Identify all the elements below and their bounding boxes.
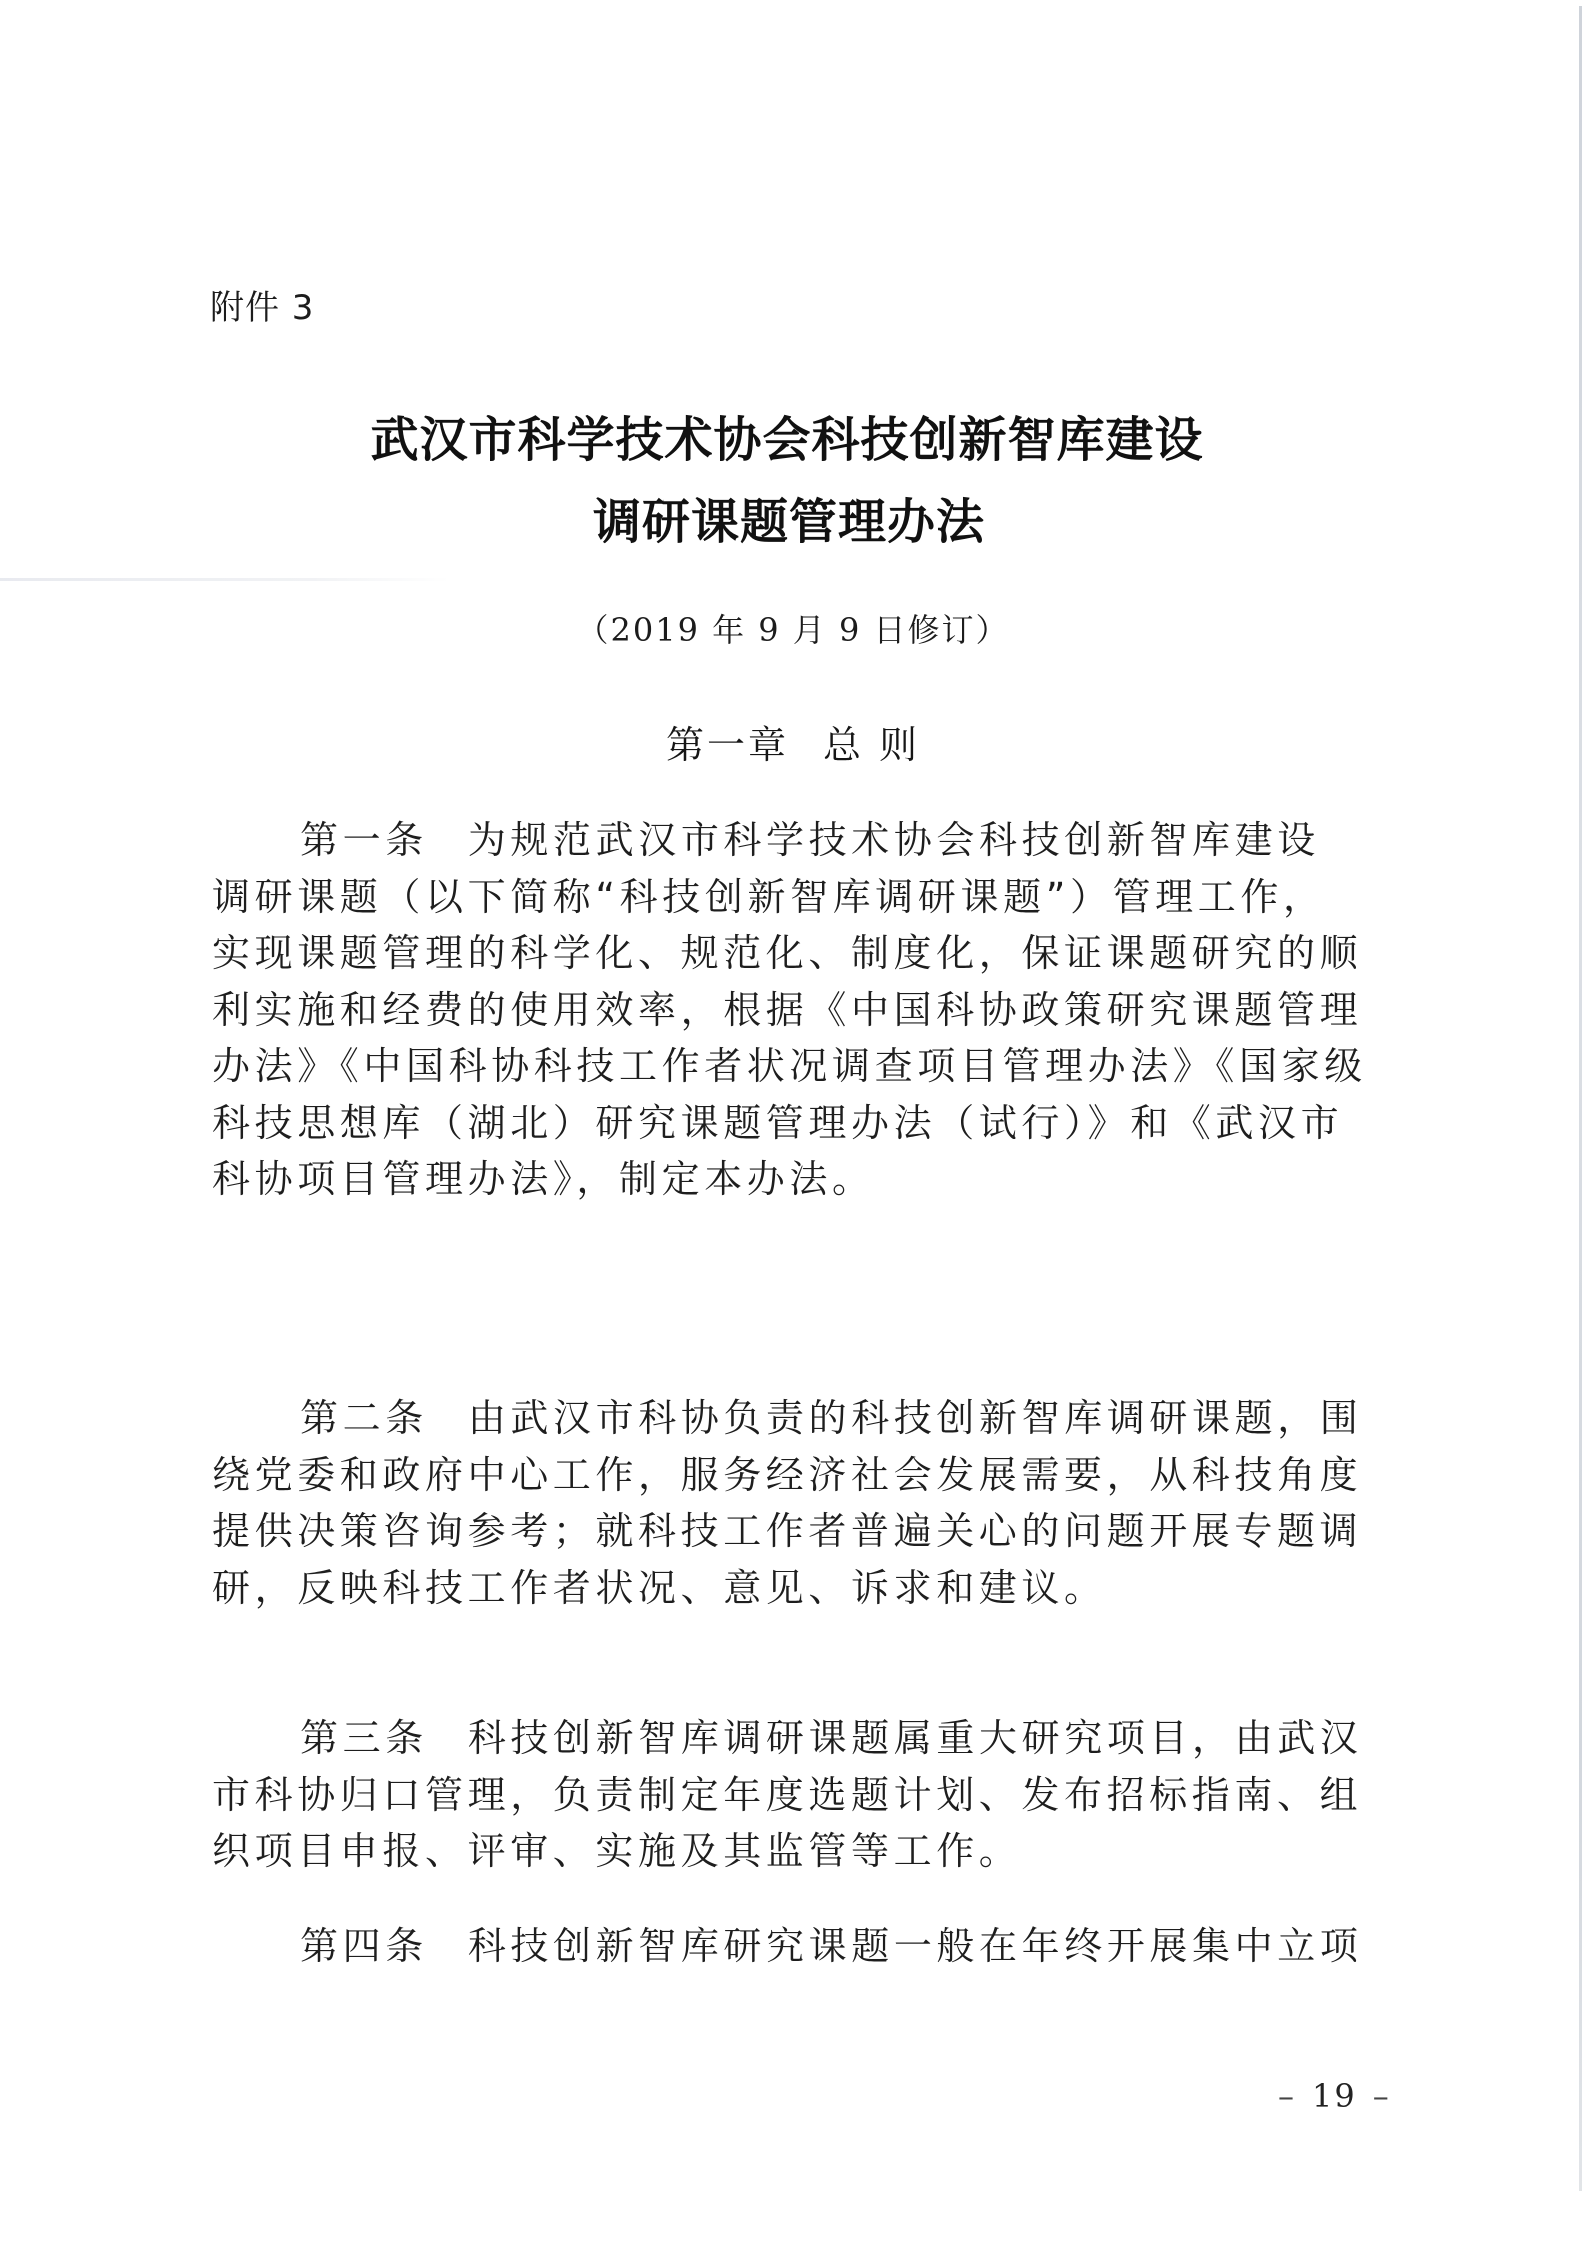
- article-line: 绕党委和政府中心工作，服务经济社会发展需要，从科技角度: [212, 1447, 1374, 1504]
- article-line: 实现课题管理的科学化、规范化、制度化，保证课题研究的顺: [212, 925, 1374, 982]
- article-2: 第二条由武汉市科协负责的科技创新智库调研课题，围 绕党委和政府中心工作，服务经济…: [212, 1390, 1374, 1616]
- article-line: 科协项目管理办法》，制定本办法。: [212, 1151, 1374, 1208]
- article-line: 第二条由武汉市科协负责的科技创新智库调研课题，围: [212, 1390, 1374, 1447]
- article-label: 第三条: [300, 1716, 428, 1760]
- chapter-number: 第一章: [666, 723, 789, 767]
- article-line: 办法》《中国科协科技工作者状况调查项目管理办法》《国家级: [212, 1038, 1374, 1095]
- article-1: 第一条为规范武汉市科学技术协会科技创新智库建设 调研课题（以下简称“科技创新智库…: [212, 812, 1374, 1208]
- revision-note: （2019 年 9 月 9 日修订）: [0, 608, 1586, 652]
- document-title-line-1: 武汉市科学技术协会科技创新智库建设: [0, 410, 1580, 470]
- page-number-dash-left: –: [1278, 2076, 1296, 2116]
- article-text: 由武汉市科协负责的科技创新智库调研课题，围: [468, 1396, 1363, 1440]
- article-3: 第三条科技创新智库调研课题属重大研究项目，由武汉 市科协归口管理，负责制定年度选…: [212, 1710, 1374, 1880]
- article-line: 第一条为规范武汉市科学技术协会科技创新智库建设: [212, 812, 1374, 869]
- article-label: 第四条: [300, 1924, 428, 1968]
- page-number-value: 19: [1312, 2077, 1357, 2115]
- article-text: 为规范武汉市科学技术协会科技创新智库建设: [468, 818, 1320, 862]
- article-label: 第二条: [300, 1396, 428, 1440]
- article-line: 市科协归口管理，负责制定年度选题计划、发布招标指南、组: [212, 1767, 1374, 1824]
- article-line: 第四条科技创新智库研究课题一般在年终开展集中立项: [212, 1918, 1374, 1975]
- document-page: 附件 3 武汉市科学技术协会科技创新智库建设 调研课题管理办法 （2019 年 …: [0, 0, 1586, 2245]
- article-text: 科技创新智库研究课题一般在年终开展集中立项: [468, 1924, 1363, 1968]
- article-label: 第一条: [300, 818, 428, 862]
- article-line: 织项目申报、评审、实施及其监管等工作。: [212, 1823, 1374, 1880]
- scan-edge-line: [1579, 6, 1582, 2191]
- article-line: 第三条科技创新智库调研课题属重大研究项目，由武汉: [212, 1710, 1374, 1767]
- article-text: 科技创新智库调研课题属重大研究项目，由武汉: [468, 1716, 1363, 1760]
- chapter-heading: 第一章总 则: [0, 720, 1586, 770]
- article-line: 利实施和经费的使用效率，根据《中国科协政策研究课题管理: [212, 982, 1374, 1039]
- article-line: 提供决策咨询参考；就科技工作者普遍关心的问题开展专题调: [212, 1503, 1374, 1560]
- article-line: 科技思想库（湖北）研究课题管理办法（试行）》和《武汉市: [212, 1095, 1374, 1152]
- document-title-line-2: 调研课题管理办法: [0, 492, 1582, 552]
- chapter-name: 总 则: [823, 723, 920, 767]
- page-number-dash-right: –: [1373, 2076, 1391, 2116]
- scan-artifact: [0, 578, 450, 581]
- article-4: 第四条科技创新智库研究课题一般在年终开展集中立项: [212, 1918, 1374, 1975]
- attachment-label: 附件 3: [210, 288, 314, 328]
- page-number: –19–: [1262, 2076, 1407, 2116]
- article-line: 调研课题（以下简称“科技创新智库调研课题”）管理工作，: [212, 869, 1374, 926]
- article-line: 研，反映科技工作者状况、意见、诉求和建议。: [212, 1560, 1374, 1617]
